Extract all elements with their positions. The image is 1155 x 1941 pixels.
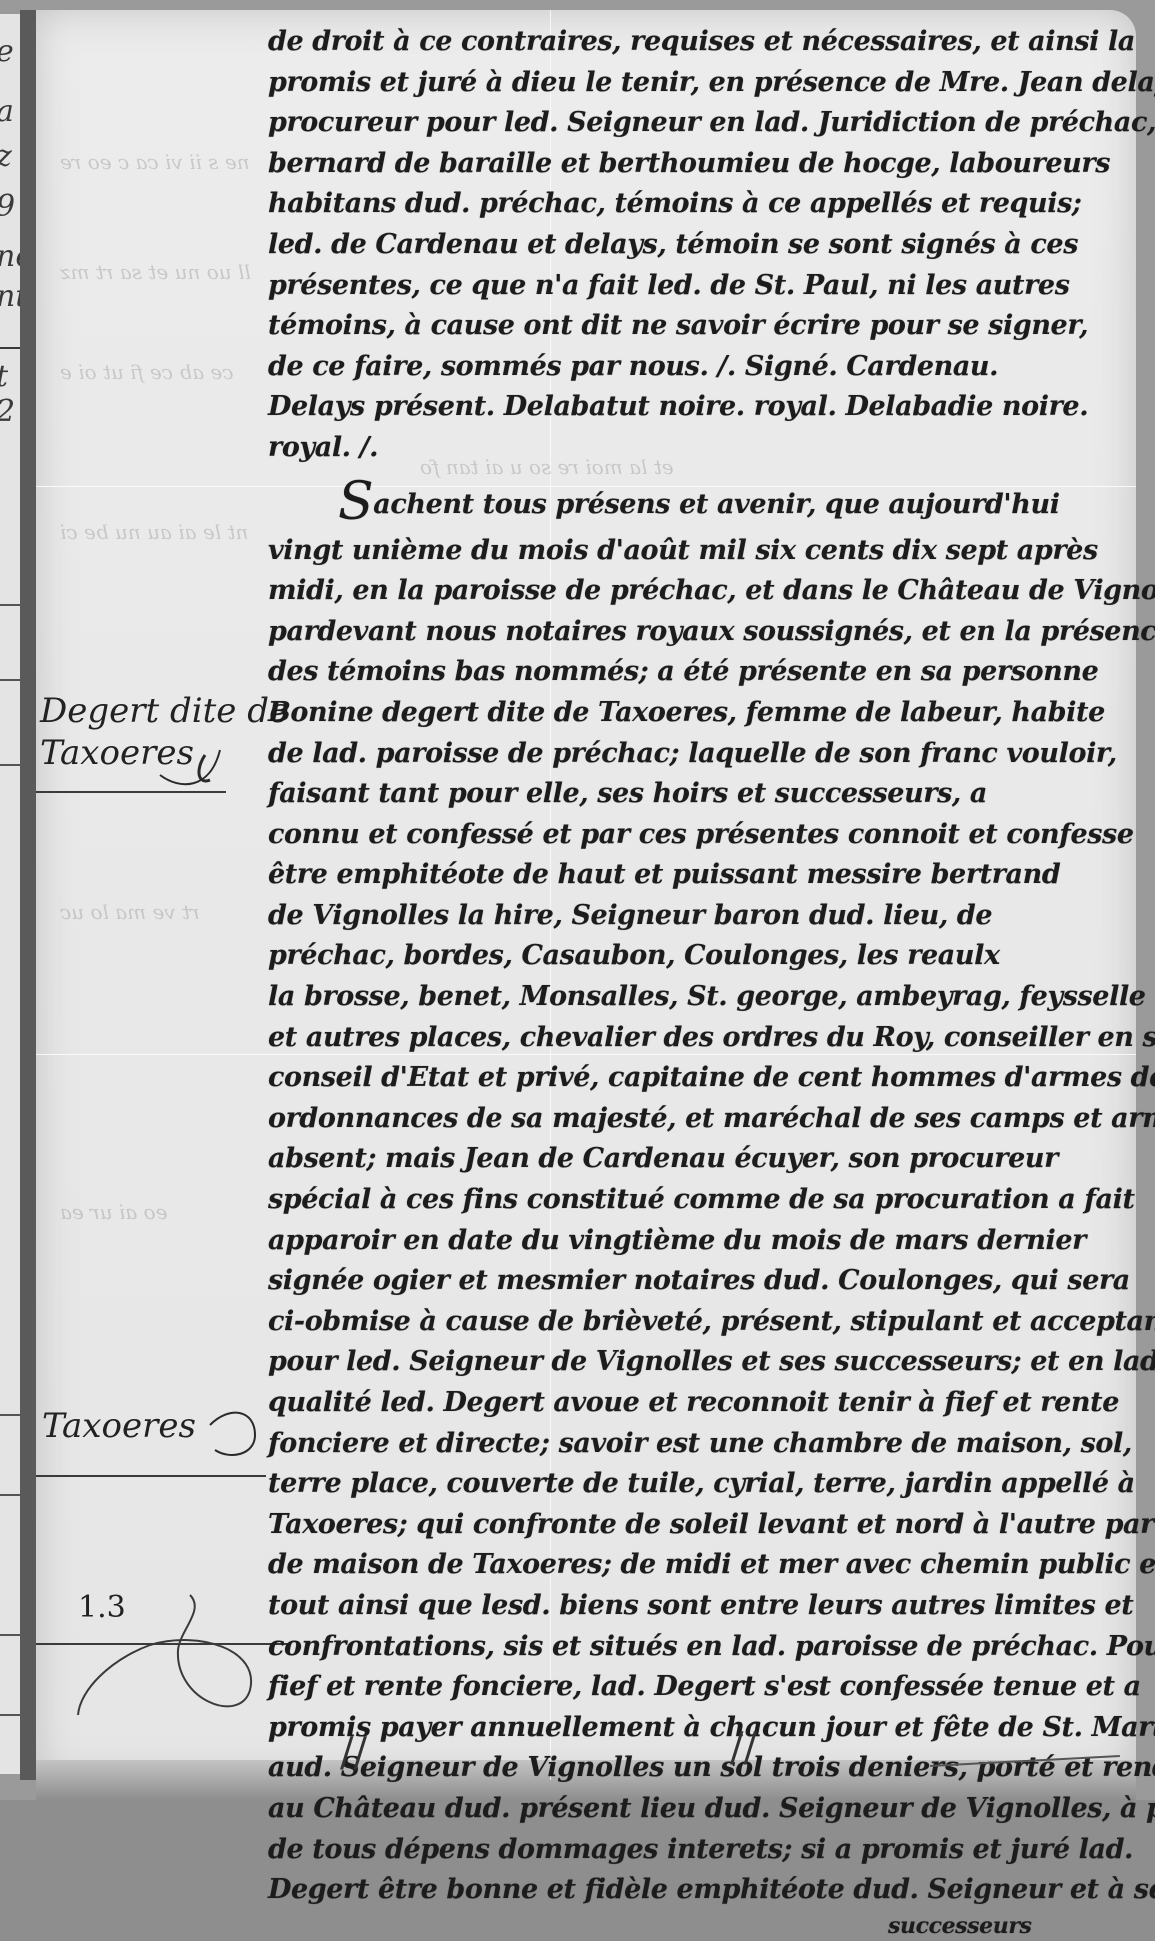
text-line: faisant tant pour elle, ses hoirs et suc… [268,774,1128,815]
manuscript-body: de droit à ce contraires, requises et né… [268,22,1128,1800]
text-line: apparoir en date du vingtième du mois de… [268,1221,1128,1262]
text-line: Delays présent. Delabatut noire. royal. … [268,387,1128,428]
text-line: terre place, couverte de tuile, cyrial, … [268,1464,1128,1505]
text-line: confrontations, sis et situés en lad. pa… [268,1627,1128,1668]
text-line: de Vignolles la hire, Seigneur baron dud… [268,896,1128,937]
text-line: préchac, bordes, Casaubon, Coulonges, le… [268,936,1128,977]
text-line: de lad. paroisse de préchac; laquelle de… [268,734,1128,775]
text-line: connu et confessé et par ces présentes c… [268,815,1128,856]
text-line: de droit à ce contraires, requises et né… [268,22,1128,63]
text-line: témoins, à cause ont dit ne savoir écrir… [268,306,1128,347]
adjacent-rule [0,679,20,681]
flourish-icon [150,740,240,795]
text-line: promis payer annuellement à chacun jour … [268,1708,1128,1749]
text-line: signée ogier et mesmier notaires dud. Co… [268,1261,1128,1302]
binding-gutter [20,10,36,1780]
text-line: absent; mais Jean de Cardenau écuyer, so… [268,1139,1128,1180]
margin-rule [36,1475,266,1477]
text-line: bernard de baraille et berthoumieu de ho… [268,144,1128,185]
text-line: ci-obmise à cause de brièveté, présent, … [268,1302,1128,1343]
text-line: tous présens et avenir, que aujourd'hui [483,489,1060,520]
text-line: et autres places, chevalier des ordres d… [268,1018,1128,1059]
text-line: royal. /. [268,428,1128,469]
bleed-through: ce ab ce fi ut oi e [60,360,233,384]
text-line: qualité led. Degert avoue et reconnoit t… [268,1383,1128,1424]
adjacent-rule [0,1414,20,1416]
text-line: led. de Cardenau et delays, témoin se so… [268,225,1128,266]
text-line: au Château dud. présent lieu dud. Seigne… [268,1789,1128,1800]
text-line: tout ainsi que lesd. biens sont entre le… [268,1586,1128,1627]
margin-note-taxoeres: Taxoeres [42,1406,196,1446]
text-line: spécial à ces fins constitué comme de sa… [268,1180,1128,1221]
adjacent-fragment: a [0,94,14,129]
text-line: pour led. Seigneur de Vignolles et ses s… [268,1342,1128,1383]
flourish-icon [70,1590,270,1730]
text-line: vingt unième du mois d'août mil six cent… [268,531,1128,572]
adjacent-fragment: 2 [0,394,15,429]
text-line: de ce faire, sommés par nous. /. Signé. … [268,347,1128,388]
adjacent-fragment: nt [0,279,20,314]
text-line: fief et rente fonciere, lad. Degert s'es… [268,1667,1128,1708]
text-line: pardevant nous notaires royaux soussigné… [268,612,1128,653]
text-line: ordonnances de sa majesté, et maréchal d… [268,1099,1128,1140]
text-line: Taxoeres; qui confronte de soleil levant… [268,1505,1128,1546]
adjacent-rule [0,1494,20,1496]
text-line: être emphitéote de haut et puissant mess… [268,855,1128,896]
text-line: fonciere et directe; savoir est une cham… [268,1424,1128,1465]
text-line: de maison de Taxoeres; de midi et mer av… [268,1545,1128,1586]
act-opening-line: Sachent tous présens et avenir, que aujo… [268,473,1128,531]
adjacent-rule [0,1714,20,1716]
text-line: midi, en la paroisse de préchac, et dans… [268,571,1128,612]
margin-rule [36,791,226,793]
adjacent-fragment: e [0,34,14,69]
scanned-manuscript: e a z 9 ne nt — t 2 ne s ii vi ca c eo r… [0,0,1155,1800]
text-line: promis et juré à dieu le tenir, en prése… [268,63,1128,104]
margin-note-line: Degert dite de [40,690,289,732]
adjacent-page-strip: e a z 9 ne nt — t 2 [0,14,20,1774]
adjacent-fragment: z [0,139,12,174]
adjacent-rule [0,604,20,606]
text-line: la brosse, benet, Monsalles, St. george,… [268,977,1128,1018]
bleed-through: eo ai ur ea [60,1200,167,1224]
bleed-through: rt ve ma lo uc [60,900,200,924]
adjacent-rule [0,1634,20,1636]
adjacent-fragment: t [0,359,8,394]
text-line: présentes, ce que n'a fait led. de St. P… [268,266,1128,307]
bleed-through: ne s ii vi ca c eo re [60,150,250,174]
drop-initial: S [338,472,373,532]
adjacent-fragment: ne [0,239,20,274]
text-line: aud. Seigneur de Vignolles un sol trois … [268,1748,1128,1789]
act-opening-word: achent [373,489,473,520]
margin-rule [36,1643,291,1645]
text-line: habitans dud. préchac, témoins à ce appe… [268,184,1128,225]
adjacent-fragment: 9 [0,189,15,224]
closing-mark: // [730,1725,757,1771]
text-line: Bonine degert dite de Taxoeres, femme de… [268,693,1128,734]
bleed-through: nt le ai au nu be ci [60,520,248,544]
bleed-through: ll uo nu et sa rt mz [60,260,251,284]
text-line: procureur pour led. Seigneur en lad. Jur… [268,103,1128,144]
adjacent-rule [0,764,20,766]
text-line: conseil d'Etat et privé, capitaine de ce… [268,1058,1128,1099]
closing-mark: // [340,1730,367,1776]
text-line: des témoins bas nommés; a été présente e… [268,652,1128,693]
